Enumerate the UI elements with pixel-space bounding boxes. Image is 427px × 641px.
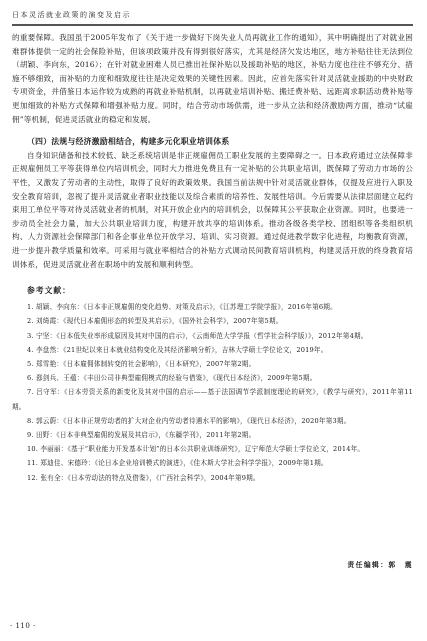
reference-item: 1. 胡颖、李向东：《日本非正规雇佣的变化趋势、对策及启示》，《江苏理工学院学报… [12, 300, 413, 314]
references-list: 1. 胡颖、李向东：《日本非正规雇佣的变化趋势、对策及启示》，《江苏理工学院学报… [12, 300, 413, 485]
reference-item: 7. 吕守军：《日本劳资关系的新变化及其对中国的启示——基于法国调节学派制度理论… [12, 385, 413, 413]
reference-item: 9. 田野：《日本非典型雇佣的发展及其启示》，《东疆学刊》，2011年第2期。 [12, 428, 413, 442]
references-title: 参考文献： [12, 285, 413, 296]
reference-item: 11. 郑迪佳、宋德玲：《论日本企业培训模式的演进》，《佳木斯大学社会科学学报》… [12, 456, 413, 470]
body-paragraph-1: 的重要保障。我国虽于2005年发布了《关于进一步做好下岗失业人员再就业工作的通知… [12, 31, 413, 126]
editor-credit: 责任编辑：郭 震 [347, 559, 413, 569]
page-number: · 110 · [10, 622, 36, 630]
header-rule [12, 24, 413, 26]
reference-item: 3. 宁坚：《日本低失业率形成原因及其对中国的启示》，《云南师范大学学报（哲学社… [12, 329, 413, 343]
body-paragraph-2: 自身知识储备和技术较低、缺乏系统培训是非正规雇佣员工职业发展的主要障碍之一。日本… [12, 149, 413, 271]
reference-item: 2. 刘绮霞：《现代日本雇佣形态的转型及其启示》，《国外社会科学》，2007年第… [12, 314, 413, 328]
reference-item: 4. 李盘然：《21世纪以来日本就业结构变化及其经济影响分析》，吉林大学硕士学位… [12, 343, 413, 357]
article-body: 的重要保障。我国虽于2005年发布了《关于进一步做好下岗失业人员再就业工作的通知… [12, 31, 413, 485]
section-heading: （四）法规与经济激励相结合，构建多元化职业培训体系 [12, 135, 413, 149]
running-header-title: 日本灵活就业政策的演变及启示 [12, 10, 131, 20]
reference-item: 8. 郭云蔚：《日本非正规劳动者的扩大对企业内劳动者待遇水平的影响》，《现代日本… [12, 414, 413, 428]
reference-item: 5. 郑雪艳：《日本雇佣体制转变的社会影响》，《日本研究》，2007年第2期。 [12, 357, 413, 371]
reference-item: 10. 李丽丽：《基于“职业能力开发基本计划”的日本公共职业训练研究》，辽宁师范… [12, 442, 413, 456]
reference-item: 12. 张有全：《日本劳动法的特点及借鉴》，《广西社会科学》，2004年第9期。 [12, 471, 413, 485]
reference-item: 6. 郄剑兵、王蕴：《丰田公司非典型雇佣模式的经验与借鉴》，《现代日本经济》，2… [12, 371, 413, 385]
